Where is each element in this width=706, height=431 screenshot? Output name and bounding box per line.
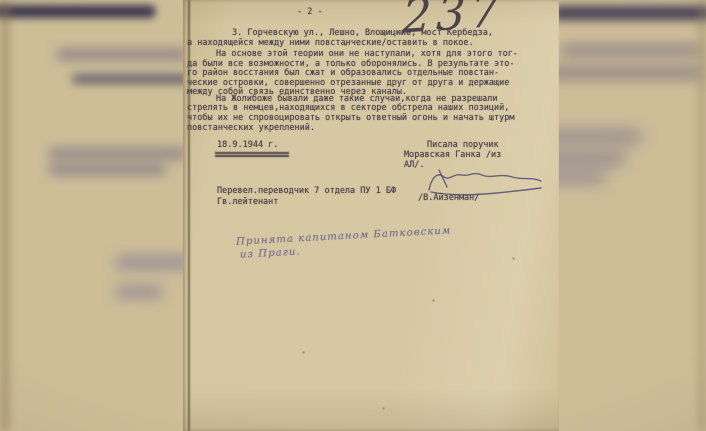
blur-smudge-right-text <box>545 67 703 79</box>
blur-smudge-left-text <box>48 148 188 159</box>
typed-line: Гв.лейтенант <box>217 197 278 207</box>
photo-left-edge-shadow <box>0 0 10 431</box>
signature-name: /В.Айзенман/ <box>418 193 479 203</box>
blur-smudge-top-left-bar <box>0 5 156 18</box>
blur-smudge-left-underline <box>72 75 190 83</box>
typed-line: Писала поручик <box>427 140 499 150</box>
typed-line: а находящейся между ними повстанческие/о… <box>187 38 474 48</box>
paper-specks <box>183 0 184 1</box>
typed-line: повстанческих укреплений. <box>187 123 315 133</box>
handwritten-note-line: Принята капитаном Батковским <box>236 225 452 247</box>
document-page: - 2 - 237 3. Горчевскую ул., Лешно, Влощ… <box>183 0 559 431</box>
typed-line: Перевел.переводчик 7 отдела ПУ 1 БФ <box>217 186 396 196</box>
typed-line: стрелять в немцев,находящихся в секторе … <box>187 103 509 113</box>
blur-smudge-left-text <box>48 164 166 175</box>
typed-line: АЛ/. <box>404 160 424 170</box>
document-date: 18.9.1944 г. <box>217 140 278 150</box>
page-number: - 2 - <box>297 7 323 17</box>
typed-line: Моравская Ганка /из <box>404 150 501 160</box>
typed-line: ческие островки, совершенно отрезанные д… <box>187 78 509 88</box>
blur-smudge-left-text <box>56 49 188 60</box>
blur-smudge-left-note <box>115 286 163 298</box>
document-photo: - 2 - 237 3. Горчевскую ул., Лешно, Влощ… <box>0 0 706 431</box>
typed-line: да были все возможности, а только оборон… <box>187 59 515 69</box>
typed-line: 3. Горчевскую ул., Лешно, Влощицкие, мос… <box>232 28 493 38</box>
handwritten-note-line: из Праги. <box>240 246 301 260</box>
date-underline <box>215 152 289 157</box>
blur-smudge-right-text <box>560 45 702 56</box>
blur-smudge-left-note <box>115 256 191 269</box>
handwritten-insert-word: отряды <box>383 28 412 36</box>
typed-line: чтобы их не спровоцировать открыть ответ… <box>187 113 515 123</box>
typed-line: На Жолибоже бывали даже такие случаи,ког… <box>216 94 497 104</box>
blur-smudge-top-right-bar <box>552 6 706 20</box>
photo-right-edge-shadow <box>698 0 706 431</box>
typed-line: го район восстания был сжат и образовали… <box>187 68 499 78</box>
typed-line: На основе этой теории они не наступали, … <box>216 49 518 59</box>
